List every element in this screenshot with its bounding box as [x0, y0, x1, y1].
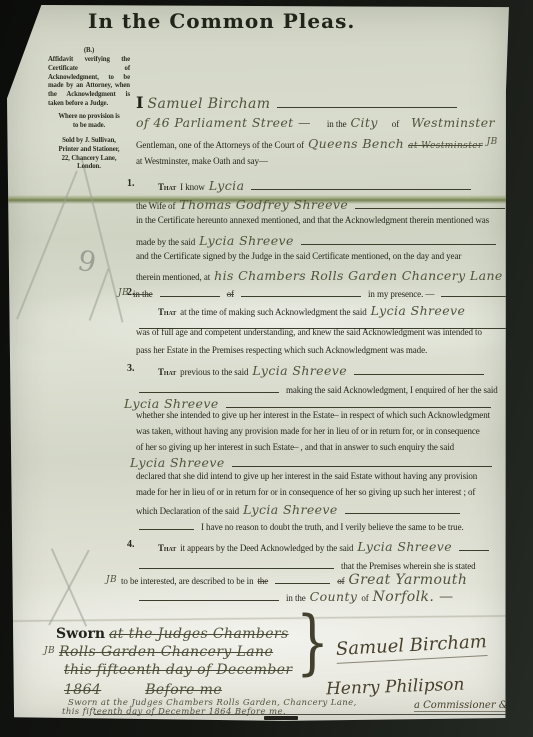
- clause-2-line-2: was of full age and competent understand…: [136, 327, 482, 337]
- jurat-line-1: Sworn at the Judges Chambers: [56, 625, 289, 643]
- fill-rule: [301, 235, 496, 245]
- clause-3-text: previous to the said: [180, 367, 248, 377]
- clause-3-line-1: That previous to the said Lycia Shreeve: [158, 362, 487, 380]
- printed-of: of: [392, 119, 399, 129]
- fill-rule: [459, 541, 489, 551]
- acknowledger-name: Lycia Shreeve: [252, 363, 347, 378]
- resworn-line-2: this fifteenth day of December 1864 Befo…: [62, 707, 286, 717]
- clause-1-line-1: That I know Lycia: [158, 177, 474, 195]
- fill-rule: [139, 520, 194, 530]
- attorney-line: Gentleman, one of the Attorneys of the C…: [136, 140, 304, 150]
- struck-in-the: in the: [133, 289, 153, 299]
- struck-before-me: Before me: [145, 682, 222, 698]
- that-word: That: [158, 543, 176, 553]
- deponent-address: of 46 Parliament Street —: [136, 115, 311, 130]
- in-the-label: in the: [286, 593, 306, 603]
- acknowledger-name: Lycia Shreeve: [199, 233, 294, 248]
- fill-rule: [139, 559, 334, 569]
- clause-1-line-5: and the Certificate signed by the Judge …: [136, 251, 461, 261]
- opening-line-2: of 46 Parliament Street — in the City of…: [136, 114, 495, 132]
- wife-of-label: the Wife of: [136, 201, 175, 211]
- premises-town: Great Yarmouth: [349, 572, 468, 588]
- jurat-line-3: this fifteenth day of December: [64, 661, 292, 679]
- opening-initial: I: [136, 93, 143, 112]
- pencil-mark-nine: 9: [75, 244, 99, 280]
- clause-1-line-3: in the Certificate hereunto annexed ment…: [136, 215, 489, 225]
- clause-1-line-6: therein mentioned, at his Chambers Rolls…: [136, 267, 503, 285]
- clause-3-line-4: whether she intended to give up her inte…: [136, 410, 490, 420]
- husband-name: Thomas Godfrey Shreeve: [179, 197, 348, 212]
- deponent-place: Westminster: [411, 115, 495, 130]
- fill-rule: [139, 383, 279, 393]
- struck-rule: [241, 287, 361, 297]
- interested-text: to be interested, are described to be in: [121, 576, 253, 586]
- that-word: That: [158, 367, 176, 377]
- struck-sworn-date: this fifteenth day of December: [64, 662, 292, 678]
- premises-stated-text: that the Premises wherein she is stated: [341, 561, 476, 571]
- struck-rule: [160, 287, 220, 297]
- deed-acknowledged-text: it appears by the Deed Acknowledged by t…: [180, 543, 353, 553]
- clause-3-line-8: declared that she did intend to give up …: [136, 471, 477, 481]
- printed-in-the: in the: [327, 119, 347, 129]
- page-title: In the Common Pleas.: [88, 9, 355, 33]
- acknowledger-name: Lycia Shreeve: [357, 539, 452, 554]
- struck-of: of: [337, 576, 344, 586]
- struck-the: the: [257, 576, 268, 586]
- struck-sworn-year: 1864: [64, 682, 101, 698]
- fill-rule: [139, 591, 279, 601]
- fill-rule: [277, 98, 457, 108]
- verily-believe-text: I have no reason to doubt the truth, and…: [201, 522, 464, 532]
- court-initials: JB: [487, 137, 498, 147]
- clause-1-line-7: JB in the of in my presence. —: [118, 284, 514, 302]
- clause-3-number: 3.: [127, 363, 135, 374]
- document-paper: 9 In the Common Pleas. (B.) Affidavit ve…: [6, 5, 511, 723]
- jurat-brace: }: [296, 603, 329, 684]
- fill-rule: [232, 457, 492, 467]
- clause-3-line-11: I have no reason to doubt the truth, and…: [136, 517, 464, 535]
- deponent-city: City: [351, 115, 378, 130]
- clause-2-number: 2.: [127, 287, 135, 298]
- bottom-edge-rule: [94, 714, 510, 715]
- judge-initials: JB: [106, 575, 117, 585]
- acknowledger-name: Lycia Shreeve: [243, 502, 338, 517]
- chambers-location: his Chambers Rolls Garden Chancery Lane: [214, 268, 503, 283]
- clause-3-line-7: Lycia Shreeve: [130, 454, 495, 472]
- therein-label: therein mentioned, at: [136, 272, 210, 282]
- scanned-page-background: { "title": "In the Common Pleas.", "marg…: [0, 0, 533, 737]
- that-word: That: [158, 182, 176, 192]
- struck-sworn-address: Rolls Garden Chancery Lane: [59, 644, 273, 660]
- acknowledger-name: Lycia Shreeve: [124, 396, 219, 411]
- fill-rule: [226, 398, 491, 408]
- fill-rule: [354, 365, 484, 375]
- clause-4-line-3: JB to be interested, are described to be…: [106, 571, 467, 589]
- clause-1-line-4: made by the said Lycia Shreeve: [136, 232, 499, 250]
- clause-1-text: I know: [180, 182, 205, 192]
- clause-4-line-1: That it appears by the Deed Acknowledged…: [158, 538, 492, 556]
- jurat-line-2: JB Rolls Garden Chancery Lane: [44, 643, 273, 661]
- deponent-signature: Samuel Bircham: [335, 631, 487, 664]
- clause-2-line-3: pass her Estate in the Premises respecti…: [136, 345, 427, 355]
- clause-4-line-4: in the County of Norfolk. —: [136, 588, 454, 606]
- opening-line-3: Gentleman, one of the Attorneys of the C…: [136, 135, 498, 153]
- margin-note-stationer: Sold by J. Sullivan, Printer and Station…: [48, 137, 130, 172]
- making-acknowledgment-text: making the said Acknowledgment, I enquir…: [286, 385, 498, 395]
- fill-rule: [345, 504, 460, 514]
- margin-note-description: Affidavit verifying the Certificate of A…: [48, 56, 130, 109]
- opening-line-1: I Samuel Bircham: [136, 93, 460, 113]
- acknowledger-name: Lycia Shreeve: [130, 455, 225, 470]
- fill-rule: [355, 199, 505, 209]
- clause-4-number: 4.: [127, 539, 135, 550]
- margin-note-ref: (B.): [48, 47, 130, 56]
- court-name: Queens Bench: [308, 136, 404, 151]
- clause-1-number: 1.: [127, 178, 135, 189]
- declaration-label: which Declaration of the said: [136, 506, 239, 516]
- struck-rule: [275, 574, 330, 584]
- pencil-cross-margin-b: [80, 157, 123, 322]
- premises-county: Norfolk. —: [373, 589, 454, 605]
- clause-3-line-9: made for her in lieu of or in return for…: [136, 487, 475, 497]
- pencil-cross-margin-a: [16, 171, 77, 320]
- fill-rule: [251, 180, 471, 190]
- struck-sworn-place: at the Judges Chambers: [109, 626, 289, 642]
- struck-of: of: [227, 289, 234, 299]
- wife-first-name: Lycia: [209, 178, 245, 193]
- margin-note-provision: Where no provision is to be made.: [48, 113, 130, 131]
- clause-1-line-2: the Wife of Thomas Godfrey Shreeve: [136, 196, 508, 214]
- made-by-label: made by the said: [136, 237, 195, 247]
- sworn-label: Sworn: [56, 626, 105, 642]
- clause-3-line-5: was taken, without having any provision …: [136, 426, 480, 436]
- jurat-line-4: 1864 Before me: [64, 681, 222, 699]
- fill-rule: [441, 287, 511, 297]
- court-struck-text: at Westminster: [408, 141, 483, 151]
- of-label: of: [361, 593, 368, 603]
- deponent-name: Samuel Bircham: [147, 96, 270, 112]
- oath-line: at Westminster, make Oath and say—: [136, 156, 268, 166]
- commissioner-title: a Commissioner &c: [414, 700, 513, 712]
- bottom-imprint: [264, 716, 298, 720]
- judge-initials: JB: [44, 646, 55, 656]
- presence-label: in my presence. —: [368, 289, 434, 299]
- commissioner-signature: Henry Philipson: [326, 675, 465, 700]
- clause-3-line-6: of her so giving up her interest in such…: [136, 442, 454, 452]
